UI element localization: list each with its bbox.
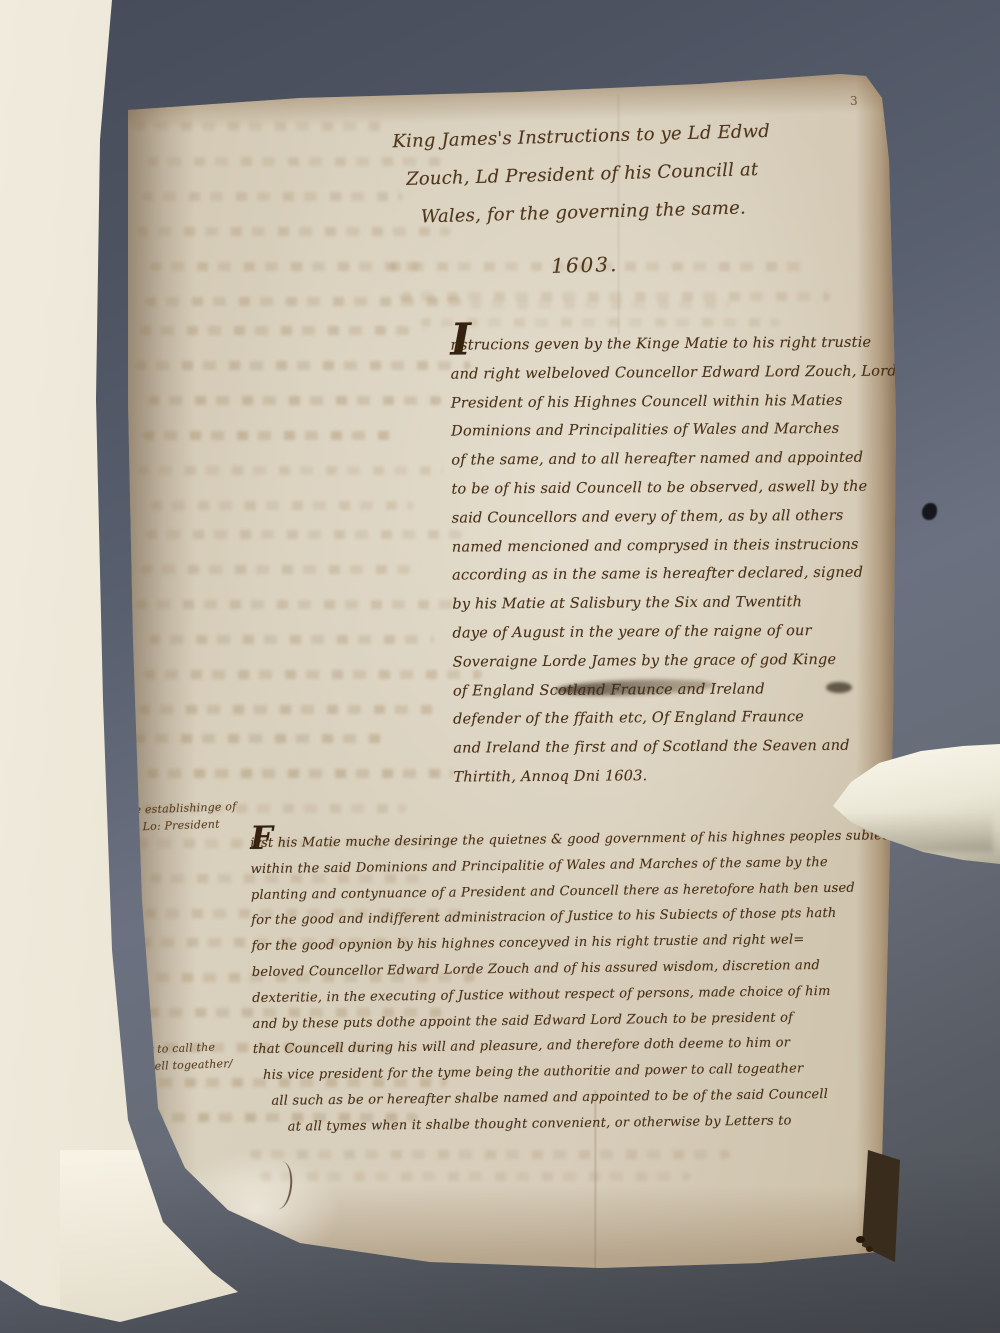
manuscript-line: Instrucions geven by the Kinge Matie to … [450, 328, 900, 360]
showthrough-line [260, 1172, 690, 1181]
showthrough-line [140, 326, 423, 335]
manuscript-line: and Ireland the first and of Scotland th… [453, 732, 903, 764]
title-heading: King James's Instructions to ye Ld Edwd … [366, 112, 800, 290]
manuscript-line: defender of the ffaith etc, Of England F… [453, 703, 903, 735]
manuscript-line: to be of his said Councell to be observe… [451, 472, 901, 504]
showthrough-line [151, 501, 414, 510]
folio-number: 3 [850, 94, 858, 108]
showthrough-line [144, 670, 482, 679]
showthrough-line [134, 122, 384, 131]
showthrough-line [470, 300, 730, 309]
showthrough-line [148, 396, 442, 405]
showthrough-line [141, 565, 415, 574]
manuscript-line: according as in the same is hereafter de… [452, 559, 902, 591]
manuscript-line: said Councellors and every of them, as b… [452, 501, 902, 533]
showthrough-line [146, 530, 462, 539]
paragraph-preamble: Instrucions geven by the Kinge Matie to … [450, 328, 903, 792]
manuscript-line: Dominions and Principalities of Wales an… [451, 415, 901, 447]
manuscript-line: named mencioned and comprysed in theis i… [452, 530, 902, 562]
showthrough-line [149, 635, 434, 644]
manuscript-line: by his Matie at Salisbury the Six and Tw… [452, 588, 902, 620]
showthrough-line [142, 192, 403, 201]
ink-speck [856, 1236, 865, 1243]
showthrough-line [147, 769, 454, 778]
ink-speck [866, 1246, 873, 1252]
showthrough-line [135, 361, 471, 370]
manuscript-line: President of his Highnes Councell within… [451, 386, 901, 418]
manuscript-line: of England Scotland Fraunce and Ireland [453, 674, 903, 706]
showthrough-line [250, 1150, 730, 1159]
showthrough-line [134, 734, 388, 743]
manuscript-line: of the same, and to all hereafter named … [451, 444, 901, 476]
showthrough-line [143, 431, 395, 440]
showthrough-line [139, 705, 435, 714]
manuscript-line: Thirtith, Annoq Dni 1603. [453, 760, 903, 792]
showthrough-line [420, 318, 780, 327]
manuscript-line: and right welbeloved Councellor Edward L… [451, 357, 901, 389]
manuscript-photo: King James's Instructions to ye Ld Edwd … [0, 0, 1000, 1333]
stray-pen-stroke [278, 1162, 295, 1211]
paragraph-first-article: First his Matie muche desiringe the quie… [250, 823, 914, 1141]
showthrough-line [136, 600, 463, 609]
showthrough-line [138, 466, 443, 475]
manuscript-line: daye of August in the yeare of the raign… [452, 616, 902, 648]
manuscript-line: Soveraigne Lorde James by the grace of g… [453, 645, 903, 677]
